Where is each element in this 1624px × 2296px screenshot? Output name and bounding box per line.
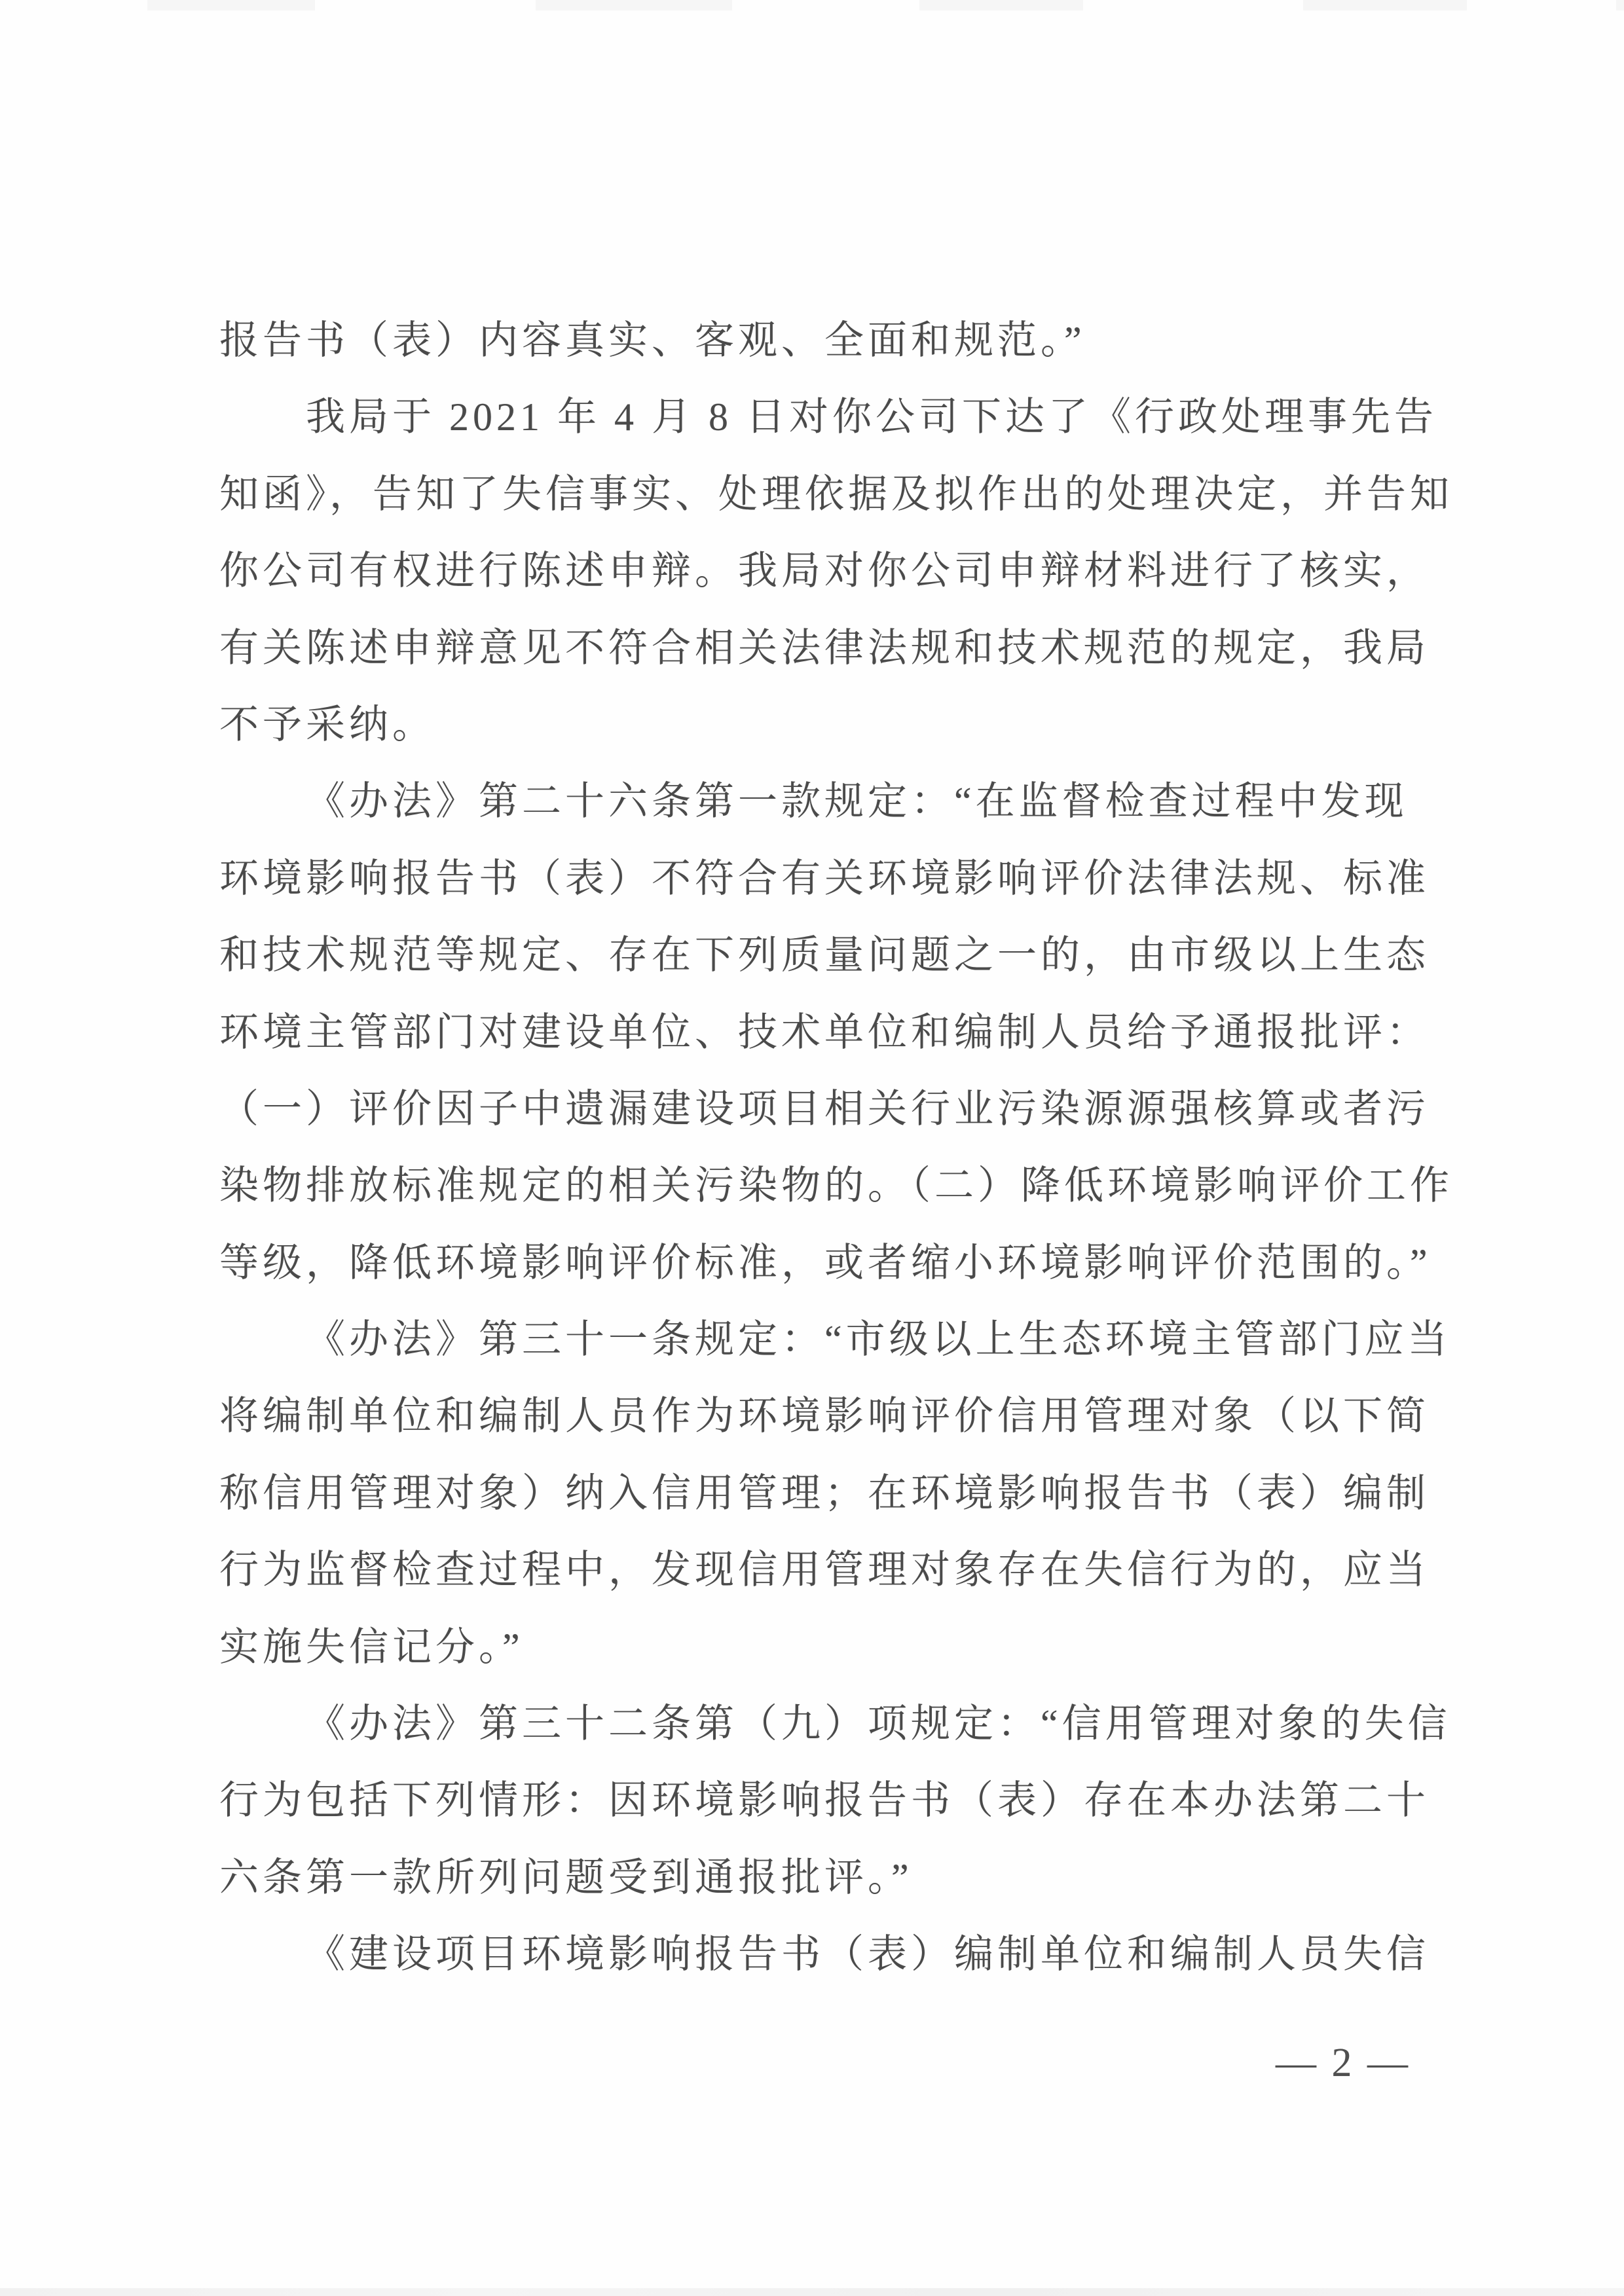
text-line: 染物排放标准规定的相关污染物的。（二）降低环境影响评价工作 [219, 1148, 1432, 1224]
text-line: 和技术规范等规定、存在下列质量问题之一的，由市级以上生态 [219, 917, 1432, 994]
text-line: 六条第一款所列问题受到通报批评。” [219, 1840, 1432, 1916]
text-line: 环境主管部门对建设单位、技术单位和编制人员给予通报批评： [219, 994, 1432, 1071]
text-line: 有关陈述申辩意见不符合相关法律法规和技术规范的规定，我局 [219, 610, 1432, 687]
document-body: 报告书（表）内容真实、客观、全面和规范。” 我局于 2021 年 4 月 8 日… [219, 302, 1432, 1994]
text-line: 称信用管理对象）纳入信用管理；在环境影响报告书（表）编制 [219, 1455, 1432, 1532]
text-line: 《办法》第三十一条规定：“市级以上生态环境主管部门应当 [219, 1302, 1432, 1378]
scan-artifact [1303, 0, 1467, 10]
text-line: 《建设项目环境影响报告书（表）编制单位和编制人员失信 [219, 1916, 1432, 1993]
text-line: 行为监督检查过程中，发现信用管理对象存在失信行为的，应当 [219, 1532, 1432, 1609]
text-line: 你公司有权进行陈述申辩。我局对你公司申辩材料进行了核实， [219, 533, 1432, 610]
scanned-document-page: 报告书（表）内容真实、客观、全面和规范。” 我局于 2021 年 4 月 8 日… [0, 0, 1624, 2296]
text-line: 等级，降低环境影响评价标准，或者缩小环境影响评价范围的。” [219, 1225, 1432, 1302]
scan-artifact [1616, 0, 1624, 10]
text-line: 报告书（表）内容真实、客观、全面和规范。” [219, 302, 1432, 379]
text-line: 知函》，告知了失信事实、处理依据及拟作出的处理决定，并告知 [219, 456, 1432, 533]
page-number: — 2 — [1276, 2040, 1411, 2086]
text-line: 将编制单位和编制人员作为环境影响评价信用管理对象（以下简 [219, 1378, 1432, 1455]
text-line: 我局于 2021 年 4 月 8 日对你公司下达了《行政处理事先告 [219, 379, 1432, 456]
text-line: （一）评价因子中遗漏建设项目相关行业污染源源强核算或者污 [219, 1071, 1432, 1148]
text-line: 不予采纳。 [219, 687, 1432, 763]
scan-artifact [147, 0, 315, 10]
scan-artifact [0, 2288, 1624, 2296]
text-line: 《办法》第三十二条第（九）项规定：“信用管理对象的失信 [219, 1686, 1432, 1762]
text-line: 实施失信记分。” [219, 1609, 1432, 1686]
scan-artifact [919, 0, 1083, 10]
text-line: 行为包括下列情形：因环境影响报告书（表）存在本办法第二十 [219, 1762, 1432, 1839]
text-line: 环境影响报告书（表）不符合有关环境影响评价法律法规、标准 [219, 841, 1432, 917]
text-line: 《办法》第二十六条第一款规定：“在监督检查过程中发现 [219, 763, 1432, 840]
scan-artifact [536, 0, 732, 10]
